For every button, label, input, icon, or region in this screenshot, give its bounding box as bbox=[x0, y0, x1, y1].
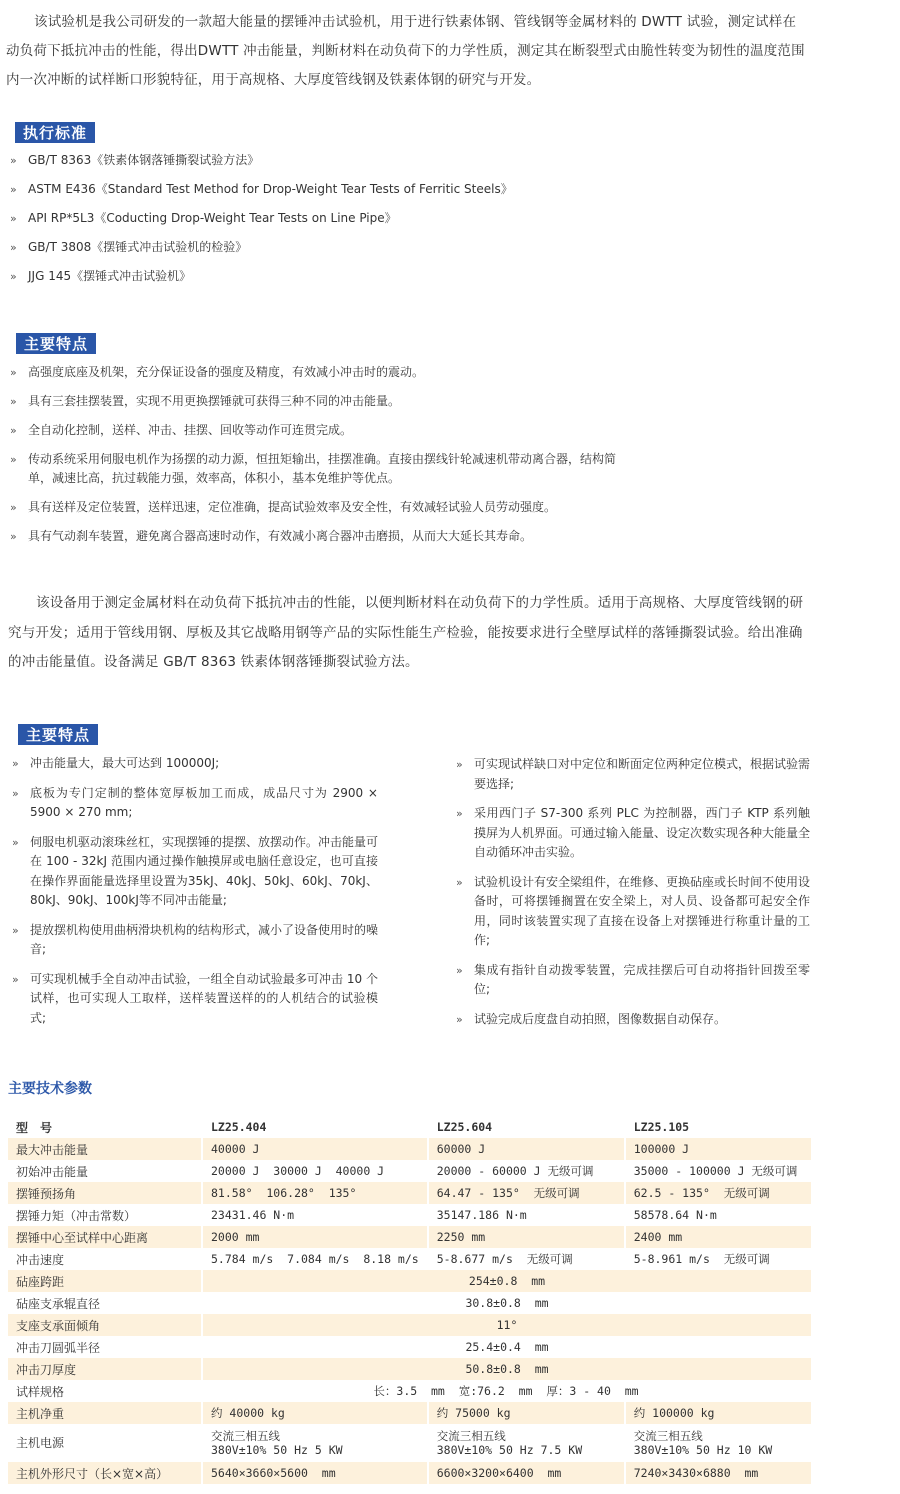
row-label: 砧座跨距 bbox=[8, 1270, 201, 1292]
standards-list: GB/T 8363《铁素体钢落锤撕裂试验方法》 ASTM E436《Standa… bbox=[10, 151, 610, 296]
list-item: 采用西门子 S7-300 系列 PLC 为控制器，西门子 KTP 系列触摸屏为人… bbox=[456, 804, 810, 863]
list-item: 集成有指针自动拨零装置，完成挂摆后可自动将指针回拨至零位; bbox=[456, 961, 810, 1000]
cell: 50.8±0.8 mm bbox=[201, 1358, 811, 1380]
table-row: 最大冲击能量 40000 J 60000 J 100000 J bbox=[8, 1138, 811, 1160]
cell: 7240×3430×6880 mm bbox=[624, 1462, 811, 1484]
cell-line: 380V±10% 50 Hz 7.5 KW bbox=[437, 1443, 616, 1457]
row-label: 摆锤中心至试样中心距离 bbox=[8, 1226, 201, 1248]
row-label: 冲击刀厚度 bbox=[8, 1358, 201, 1380]
cell-line: 380V±10% 50 Hz 5 KW bbox=[211, 1443, 419, 1457]
list-item: GB/T 3808《摆锤式冲击试验机的检验》 bbox=[10, 238, 610, 257]
table-row: 主机外形尺寸（长×宽×高） 5640×3660×5600 mm 6600×320… bbox=[8, 1462, 811, 1484]
row-label: 冲击刀圆弧半径 bbox=[8, 1336, 201, 1358]
cell: 25.4±0.4 mm bbox=[201, 1336, 811, 1358]
cell: 5.784 m/s 7.084 m/s 8.18 m/s bbox=[201, 1248, 427, 1270]
table-row: 主机净重 约 40000 kg 约 75000 kg 约 100000 kg bbox=[8, 1402, 811, 1424]
cell: 30.8±0.8 mm bbox=[201, 1292, 811, 1314]
list-item: 试验完成后度盘自动拍照，图像数据自动保存。 bbox=[456, 1010, 810, 1030]
row-label: 初始冲击能量 bbox=[8, 1160, 201, 1182]
table-row: 砧座支承辊直径 30.8±0.8 mm bbox=[8, 1292, 811, 1314]
cell-line: 交流三相五线 bbox=[437, 1429, 616, 1443]
standards-heading: 执行标准 bbox=[15, 122, 95, 143]
list-item: 冲击能量大，最大可达到 100000J; bbox=[12, 754, 378, 774]
table-header-row: 型号 LZ25.404 LZ25.604 LZ25.105 bbox=[8, 1116, 811, 1138]
features-heading-2: 主要特点 bbox=[18, 724, 98, 745]
list-item: 底板为专门定制的整体宽厚板加工而成，成品尺寸为 2900 × 5900 × 27… bbox=[12, 784, 378, 823]
list-item: 伺服电机驱动滚珠丝杠，实现摆锤的提摆、放摆动作。冲击能量可在 100 - 32k… bbox=[12, 833, 378, 911]
intro-paragraph: 该试验机是我公司研发的一款超大能量的摆锤冲击试验机，用于进行铁素体钢、管线钢等金… bbox=[6, 8, 806, 95]
specs-heading: 主要技术参数 bbox=[8, 1078, 92, 1098]
list-item: 试验机设计有安全梁组件，在维修、更换砧座或长时间不使用设备时，可将摆锤搁置在安全… bbox=[456, 873, 810, 951]
cell: 23431.46 N·m bbox=[201, 1204, 427, 1226]
cell-line: 380V±10% 50 Hz 10 KW bbox=[634, 1443, 803, 1457]
cell: 100000 J bbox=[624, 1138, 811, 1160]
table-row: 冲击刀圆弧半径 25.4±0.4 mm bbox=[8, 1336, 811, 1358]
features-heading: 主要特点 bbox=[16, 333, 96, 354]
cell: 约 100000 kg bbox=[624, 1402, 811, 1424]
cell: 35147.186 N·m bbox=[427, 1204, 624, 1226]
list-item: 具有气动刹车装置，避免离合器高速时动作，有效减小离合器冲击磨损，从而大大延长其寿… bbox=[10, 527, 622, 546]
row-label: 冲击速度 bbox=[8, 1248, 201, 1270]
list-item: 具有三套挂摆装置，实现不用更换摆锤就可获得三种不同的冲击能量。 bbox=[10, 392, 622, 411]
cell: 5-8.677 m/s 无级可调 bbox=[427, 1248, 624, 1270]
cell: 35000 - 100000 J 无级可调 bbox=[624, 1160, 811, 1182]
header-model: LZ25.105 bbox=[624, 1116, 811, 1138]
table-row: 摆锤力矩（冲击常数） 23431.46 N·m 35147.186 N·m 58… bbox=[8, 1204, 811, 1226]
table-row: 初始冲击能量 20000 J 30000 J 40000 J 20000 - 6… bbox=[8, 1160, 811, 1182]
list-item: 高强度底座及机架，充分保证设备的强度及精度，有效减小冲击时的震动。 bbox=[10, 363, 622, 382]
list-item: 可实现机械手全自动冲击试验，一组全自动试验最多可冲击 10 个试样，也可实现人工… bbox=[12, 970, 378, 1029]
table-row: 冲击速度 5.784 m/s 7.084 m/s 8.18 m/s 5-8.67… bbox=[8, 1248, 811, 1270]
cell: 交流三相五线 380V±10% 50 Hz 7.5 KW bbox=[427, 1424, 624, 1462]
specs-table: 型号 LZ25.404 LZ25.604 LZ25.105 最大冲击能量 400… bbox=[8, 1116, 811, 1484]
table-row: 冲击刀厚度 50.8±0.8 mm bbox=[8, 1358, 811, 1380]
cell: 交流三相五线 380V±10% 50 Hz 5 KW bbox=[201, 1424, 427, 1462]
row-label: 砧座支承辊直径 bbox=[8, 1292, 201, 1314]
intro-section: 该试验机是我公司研发的一款超大能量的摆锤冲击试验机，用于进行铁素体钢、管线钢等金… bbox=[6, 8, 806, 95]
cell: 20000 J 30000 J 40000 J bbox=[201, 1160, 427, 1182]
row-label: 最大冲击能量 bbox=[8, 1138, 201, 1160]
cell: 6600×3200×6400 mm bbox=[427, 1462, 624, 1484]
description-section: 该设备用于测定金属材料在动负荷下抵抗冲击的性能，以便判断材料在动负荷下的力学性质… bbox=[8, 589, 808, 678]
row-label: 主机外形尺寸（长×宽×高） bbox=[8, 1462, 201, 1484]
list-item: ASTM E436《Standard Test Method for Drop-… bbox=[10, 180, 610, 199]
cell: 长：3.5 mm 宽:76.2 mm 厚：3 - 40 mm bbox=[201, 1380, 811, 1402]
list-item: 具有送样及定位装置，送样迅速，定位准确，提高试验效率及安全性，有效减轻试验人员劳… bbox=[10, 498, 622, 517]
row-label: 主机电源 bbox=[8, 1424, 201, 1462]
cell: 254±0.8 mm bbox=[201, 1270, 811, 1292]
row-label: 摆锤预扬角 bbox=[8, 1182, 201, 1204]
table-row: 试样规格 长：3.5 mm 宽:76.2 mm 厚：3 - 40 mm bbox=[8, 1380, 811, 1402]
cell: 2000 mm bbox=[201, 1226, 427, 1248]
cell: 5640×3660×5600 mm bbox=[201, 1462, 427, 1484]
cell: 约 75000 kg bbox=[427, 1402, 624, 1424]
cell: 11° bbox=[201, 1314, 811, 1336]
cell: 81.58° 106.28° 135° bbox=[201, 1182, 427, 1204]
cell: 64.47 - 135° 无级可调 bbox=[427, 1182, 624, 1204]
list-item: 可实现试样缺口对中定位和断面定位两种定位模式，根据试验需要选择; bbox=[456, 755, 810, 794]
row-label: 主机净重 bbox=[8, 1402, 201, 1424]
features-list: 高强度底座及机架，充分保证设备的强度及精度，有效减小冲击时的震动。 具有三套挂摆… bbox=[10, 363, 622, 556]
cell: 62.5 - 135° 无级可调 bbox=[624, 1182, 811, 1204]
table-row: 主机电源 交流三相五线 380V±10% 50 Hz 5 KW 交流三相五线 3… bbox=[8, 1424, 811, 1462]
row-label: 试样规格 bbox=[8, 1380, 201, 1402]
cell: 58578.64 N·m bbox=[624, 1204, 811, 1226]
cell: 2250 mm bbox=[427, 1226, 624, 1248]
list-item: GB/T 8363《铁素体钢落锤撕裂试验方法》 bbox=[10, 151, 610, 170]
cell: 40000 J bbox=[201, 1138, 427, 1160]
header-model: LZ25.404 bbox=[201, 1116, 427, 1138]
cell-line: 交流三相五线 bbox=[211, 1429, 419, 1443]
header-label: 型号 bbox=[8, 1116, 201, 1138]
row-label: 摆锤力矩（冲击常数） bbox=[8, 1204, 201, 1226]
table-row: 砧座跨距 254±0.8 mm bbox=[8, 1270, 811, 1292]
list-item: API RP*5L3《Coducting Drop-Weight Tear Te… bbox=[10, 209, 610, 228]
features-list-right: 可实现试样缺口对中定位和断面定位两种定位模式，根据试验需要选择; 采用西门子 S… bbox=[456, 755, 810, 1039]
list-item: 传动系统采用伺服电机作为扬摆的动力源，恒扭矩输出，挂摆准确。直接由摆线针轮减速机… bbox=[10, 450, 622, 488]
row-label: 支座支承面倾角 bbox=[8, 1314, 201, 1336]
table-row: 支座支承面倾角 11° bbox=[8, 1314, 811, 1336]
table-row: 摆锤预扬角 81.58° 106.28° 135° 64.47 - 135° 无… bbox=[8, 1182, 811, 1204]
cell: 60000 J bbox=[427, 1138, 624, 1160]
list-item: JJG 145《摆锤式冲击试验机》 bbox=[10, 267, 610, 286]
header-model: LZ25.604 bbox=[427, 1116, 624, 1138]
cell-line: 交流三相五线 bbox=[634, 1429, 803, 1443]
cell: 交流三相五线 380V±10% 50 Hz 10 KW bbox=[624, 1424, 811, 1462]
cell: 约 40000 kg bbox=[201, 1402, 427, 1424]
features-list-left: 冲击能量大，最大可达到 100000J; 底板为专门定制的整体宽厚板加工而成，成… bbox=[12, 754, 378, 1038]
table-row: 摆锤中心至试样中心距离 2000 mm 2250 mm 2400 mm bbox=[8, 1226, 811, 1248]
description-paragraph: 该设备用于测定金属材料在动负荷下抵抗冲击的性能，以便判断材料在动负荷下的力学性质… bbox=[8, 589, 808, 678]
cell: 20000 - 60000 J 无级可调 bbox=[427, 1160, 624, 1182]
cell: 5-8.961 m/s 无级可调 bbox=[624, 1248, 811, 1270]
list-item: 提放摆机构使用曲柄滑块机构的结构形式，减小了设备使用时的噪音; bbox=[12, 921, 378, 960]
list-item: 全自动化控制，送样、冲击、挂摆、回收等动作可连贯完成。 bbox=[10, 421, 622, 440]
cell: 2400 mm bbox=[624, 1226, 811, 1248]
